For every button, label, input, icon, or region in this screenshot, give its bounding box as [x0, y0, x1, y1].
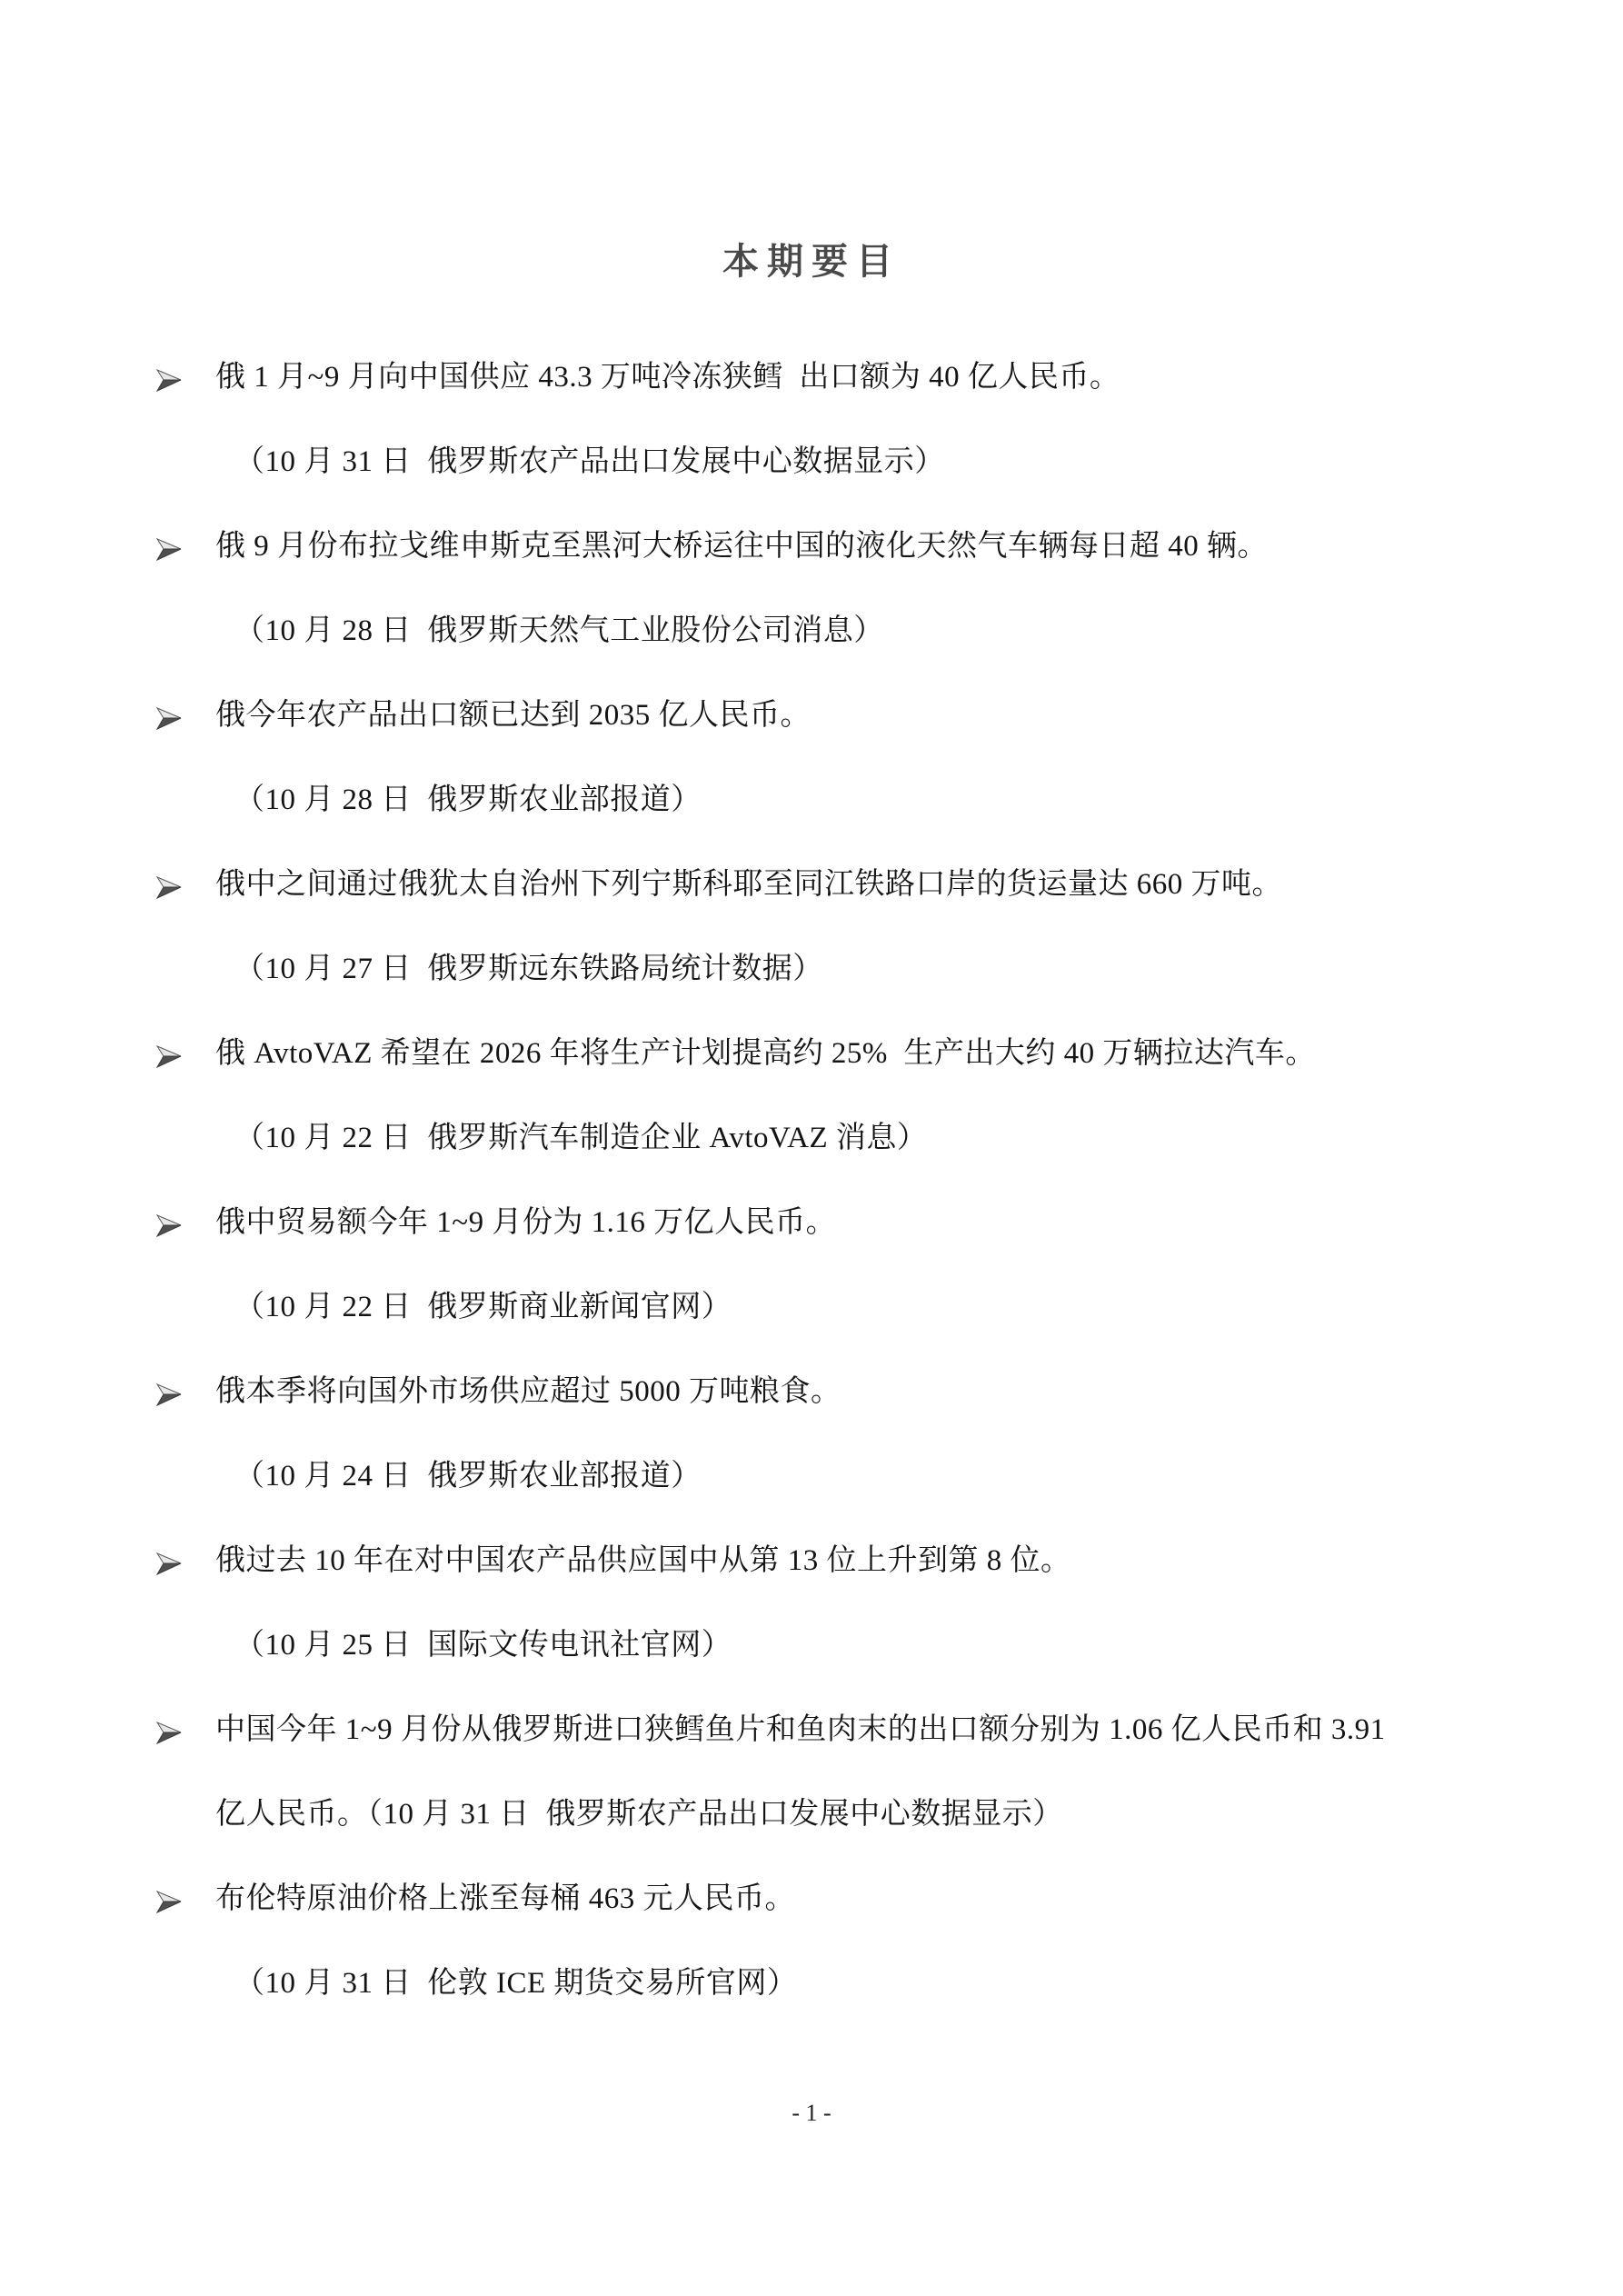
list-item-source: （10 月 22 日 俄罗斯汽车制造企业 AvtoVAZ 消息）	[0, 1120, 1623, 1204]
list-item-text: 俄本季将向国外市场供应超过 5000 万吨粮食。	[215, 1373, 841, 1411]
list-item: 俄中之间通过俄犹太自治州下列宁斯科耶至同江铁路口岸的货运量达 660 万吨。	[0, 866, 1623, 951]
list-item-text: 俄中之间通过俄犹太自治州下列宁斯科耶至同江铁路口岸的货运量达 660 万吨。	[215, 866, 1282, 903]
source-text: （10 月 25 日 国际文传电讯社官网）	[234, 1627, 732, 1664]
source-text: （10 月 24 日 俄罗斯农业部报道）	[234, 1458, 702, 1495]
list-item-text: 亿人民币。（10 月 31 日 俄罗斯农产品出口发展中心数据显示）	[215, 1796, 1063, 1833]
list-item: 俄今年农产品出口额已达到 2035 亿人民币。	[0, 697, 1623, 782]
list-item: 俄本季将向国外市场供应超过 5000 万吨粮食。	[0, 1373, 1623, 1458]
source-text: （10 月 27 日 俄罗斯远东铁路局统计数据）	[234, 951, 823, 988]
list-item: 俄 AvtoVAZ 希望在 2026 年将生产计划提高约 25% 生产出大约 4…	[0, 1035, 1623, 1120]
source-text: （10 月 22 日 俄罗斯商业新闻官网）	[234, 1289, 732, 1326]
arrowhead-bullet-icon	[155, 1549, 183, 1573]
list-item: 俄中贸易额今年 1~9 月份为 1.16 万亿人民币。	[0, 1204, 1623, 1289]
list-item: 布伦特原油价格上涨至每桶 463 元人民币。	[0, 1881, 1623, 1965]
toc-list: 俄 1 月~9 月向中国供应 43.3 万吨冷冻狭鳕 出口额为 40 亿人民币。…	[0, 359, 1623, 2050]
list-item-text: 中国今年 1~9 月份从俄罗斯进口狭鳕鱼片和鱼肉末的出口额分别为 1.06 亿人…	[215, 1712, 1386, 1749]
list-item-source: （10 月 22 日 俄罗斯商业新闻官网）	[0, 1289, 1623, 1373]
list-item-text: 俄 AvtoVAZ 希望在 2026 年将生产计划提高约 25% 生产出大约 4…	[215, 1035, 1316, 1073]
arrowhead-bullet-icon	[155, 1042, 183, 1066]
arrowhead-bullet-icon	[155, 704, 183, 728]
list-item-source: （10 月 24 日 俄罗斯农业部报道）	[0, 1458, 1623, 1542]
source-text: （10 月 31 日 俄罗斯农产品出口发展中心数据显示）	[234, 444, 945, 481]
list-item-text: 俄 1 月~9 月向中国供应 43.3 万吨冷冻狭鳕 出口额为 40 亿人民币。	[215, 359, 1120, 396]
arrowhead-bullet-icon	[155, 534, 183, 559]
source-text: （10 月 28 日 俄罗斯农业部报道）	[234, 782, 702, 819]
list-item: 俄 9 月份布拉戈维申斯克至黑河大桥运往中国的液化天然气车辆每日超 40 辆。	[0, 528, 1623, 613]
list-item-source: （10 月 27 日 俄罗斯远东铁路局统计数据）	[0, 951, 1623, 1035]
arrowhead-bullet-icon	[155, 1211, 183, 1235]
list-item-text: 俄今年农产品出口额已达到 2035 亿人民币。	[215, 697, 811, 734]
list-item-text: 俄 9 月份布拉戈维申斯克至黑河大桥运往中国的液化天然气车辆每日超 40 辆。	[215, 528, 1268, 565]
arrowhead-bullet-icon	[155, 1380, 183, 1404]
list-item-text: 俄中贸易额今年 1~9 月份为 1.16 万亿人民币。	[215, 1204, 836, 1242]
list-item-source: （10 月 28 日 俄罗斯农业部报道）	[0, 782, 1623, 866]
list-item: 中国今年 1~9 月份从俄罗斯进口狭鳕鱼片和鱼肉末的出口额分别为 1.06 亿人…	[0, 1712, 1623, 1796]
source-text: （10 月 28 日 俄罗斯天然气工业股份公司消息）	[234, 613, 884, 650]
arrowhead-bullet-icon	[155, 365, 183, 390]
list-item-source: （10 月 28 日 俄罗斯天然气工业股份公司消息）	[0, 613, 1623, 697]
page-title: 本期要目	[0, 233, 1623, 285]
list-item-source: （10 月 25 日 国际文传电讯社官网）	[0, 1627, 1623, 1712]
document-page: 本期要目 俄 1 月~9 月向中国供应 43.3 万吨冷冻狭鳕 出口额为 40 …	[0, 0, 1623, 2296]
source-text: （10 月 22 日 俄罗斯汽车制造企业 AvtoVAZ 消息）	[234, 1120, 927, 1157]
list-item-text: 布伦特原油价格上涨至每桶 463 元人民币。	[215, 1881, 795, 1918]
list-item-text-continuation: 亿人民币。（10 月 31 日 俄罗斯农产品出口发展中心数据显示）	[0, 1796, 1623, 1881]
list-item: 俄 1 月~9 月向中国供应 43.3 万吨冷冻狭鳕 出口额为 40 亿人民币。	[0, 359, 1623, 444]
arrowhead-bullet-icon	[155, 1718, 183, 1742]
arrowhead-bullet-icon	[155, 873, 183, 897]
page-number: - 1 -	[0, 2100, 1623, 2127]
list-item-source: （10 月 31 日 伦敦 ICE 期货交易所官网）	[0, 1965, 1623, 2050]
list-item: 俄过去 10 年在对中国农产品供应国中从第 13 位上升到第 8 位。	[0, 1542, 1623, 1627]
list-item-text: 俄过去 10 年在对中国农产品供应国中从第 13 位上升到第 8 位。	[215, 1542, 1071, 1580]
list-item-source: （10 月 31 日 俄罗斯农产品出口发展中心数据显示）	[0, 444, 1623, 528]
source-text: （10 月 31 日 伦敦 ICE 期货交易所官网）	[234, 1965, 797, 2002]
arrowhead-bullet-icon	[155, 1887, 183, 1912]
